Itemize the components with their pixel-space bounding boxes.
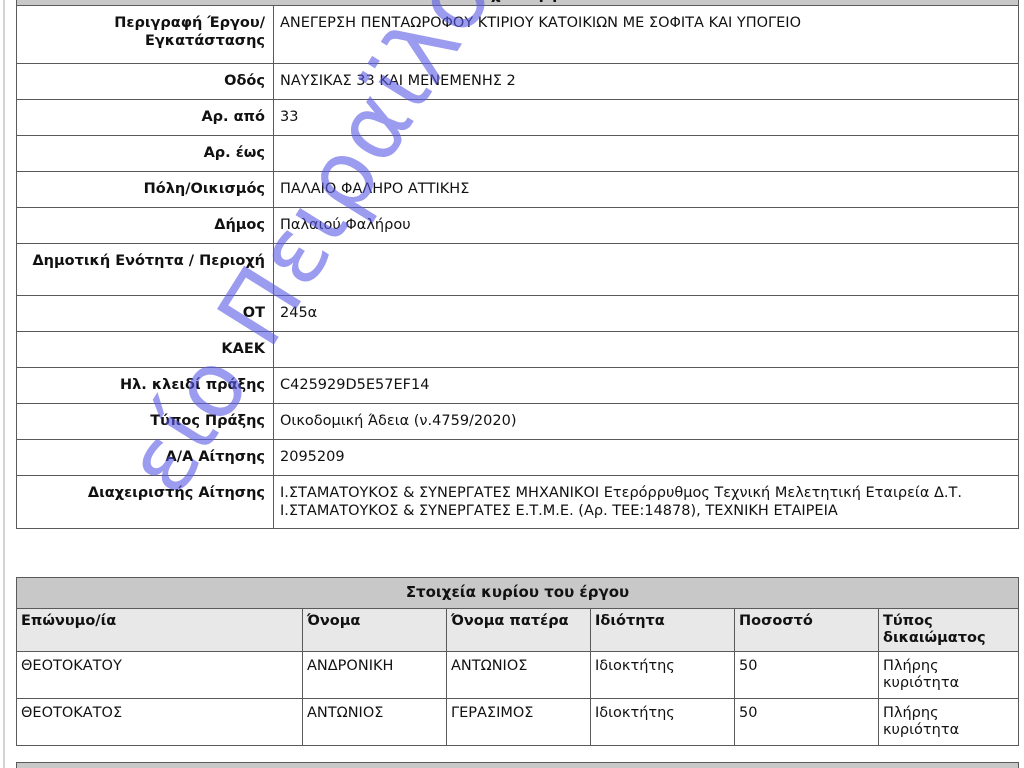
table-row: ΟΤ 245α (17, 296, 1019, 332)
field-value-city: ΠΑΛΑΙΟ ΦΑΛΗΡΟ ΑΤΤΙΚΗΣ (274, 172, 1019, 208)
table-row: Α/Α Αίτησης 2095209 (17, 440, 1019, 476)
field-value-block: 245α (274, 296, 1019, 332)
field-label-number-from: Αρ. από (17, 100, 274, 136)
field-label-block: ΟΤ (17, 296, 274, 332)
cell-capacity: Ιδιοκτήτης (591, 699, 735, 746)
cell-first-name: ΑΝΤΩΝΙΟΣ (303, 699, 447, 746)
cell-right-type: Πλήρης κυριότητα (879, 699, 1019, 746)
table-row: Αρ. έως (17, 136, 1019, 172)
field-value-description: ΑΝΕΓΕΡΣΗ ΠΕΝΤΑΩΡΟΦΟΥ ΚΤΙΡΙΟΥ ΚΑΤΟΙΚΙΩΝ Μ… (274, 6, 1019, 64)
column-header-father-name: Όνομα πατέρα (447, 609, 591, 652)
table-row: Τύπος Πράξης Οικοδομική Άδεια (ν.4759/20… (17, 404, 1019, 440)
table-row: Ηλ. κλειδί πράξης C425929D5E57EF14 (17, 368, 1019, 404)
field-value-municipality: Παλαιού Φαλήρου (274, 208, 1019, 244)
field-value-e-key: C425929D5E57EF14 (274, 368, 1019, 404)
field-value-number-from: 33 (274, 100, 1019, 136)
column-header-surname: Επώνυμο/ία (17, 609, 303, 652)
field-label-description: Περιγραφή Έργου/Εγκατάστασης (17, 6, 274, 64)
table-row: Διαχειριστής Αίτησης Ι.ΣΤΑΜΑΤΟΥΚΟΣ & ΣΥΝ… (17, 476, 1019, 529)
column-header-first-name: Όνομα (303, 609, 447, 652)
column-header-percentage: Ποσοστό (735, 609, 879, 652)
field-value-act-type: Οικοδομική Άδεια (ν.4759/2020) (274, 404, 1019, 440)
table-row: Δήμος Παλαιού Φαλήρου (17, 208, 1019, 244)
cell-surname: ΘΕΟΤΟΚΑΤΟΣ (17, 699, 303, 746)
cell-right-type: Πλήρης κυριότητα (879, 652, 1019, 699)
field-label-street: Οδός (17, 64, 274, 100)
next-section-header (16, 762, 1019, 768)
owners-section-title: Στοιχεία κυρίου του έργου (17, 578, 1019, 609)
field-value-kaek (274, 332, 1019, 368)
table-row: Πόλη/Οικισμός ΠΑΛΑΙΟ ΦΑΛΗΡΟ ΑΤΤΙΚΗΣ (17, 172, 1019, 208)
field-label-application-manager: Διαχειριστής Αίτησης (17, 476, 274, 529)
table-row: ΚΑΕΚ (17, 332, 1019, 368)
field-label-kaek: ΚΑΕΚ (17, 332, 274, 368)
column-header-capacity: Ιδιότητα (591, 609, 735, 652)
cell-percentage: 50 (735, 652, 879, 699)
table-row: ΘΕΟΤΟΚΑΤΟΣ ΑΝΤΩΝΙΟΣ ΓΕΡΑΣΙΜΟΣ Ιδιοκτήτης… (17, 699, 1019, 746)
table-row: ΘΕΟΤΟΚΑΤΟΥ ΑΝΔΡΟΝΙΚΗ ΑΝΤΩΝΙΟΣ Ιδιοκτήτης… (17, 652, 1019, 699)
table-row: Οδός ΝΑΥΣΙΚΑΣ 33 ΚΑΙ ΜΕΝΕΜΕΝΗΣ 2 (17, 64, 1019, 100)
project-details-table: Στοιχεία έργου Περιγραφή Έργου/Εγκατάστα… (16, 0, 1019, 529)
cell-father-name: ΑΝΤΩΝΙΟΣ (447, 652, 591, 699)
field-value-application-number: 2095209 (274, 440, 1019, 476)
table-row: Δημοτική Ενότητα / Περιοχή (17, 244, 1019, 296)
field-value-street: ΝΑΥΣΙΚΑΣ 33 ΚΑΙ ΜΕΝΕΜΕΝΗΣ 2 (274, 64, 1019, 100)
page-edge (3, 0, 5, 768)
cell-surname: ΘΕΟΤΟΚΑΤΟΥ (17, 652, 303, 699)
field-label-act-type: Τύπος Πράξης (17, 404, 274, 440)
field-value-application-manager: Ι.ΣΤΑΜΑΤΟΥΚΟΣ & ΣΥΝΕΡΓΑΤΕΣ ΜΗΧΑΝΙΚΟΙ Ετε… (274, 476, 1019, 529)
field-label-application-number: Α/Α Αίτησης (17, 440, 274, 476)
field-label-municipal-unit: Δημοτική Ενότητα / Περιοχή (17, 244, 274, 296)
cell-first-name: ΑΝΔΡΟΝΙΚΗ (303, 652, 447, 699)
section-header-row: Στοιχεία κυρίου του έργου (17, 578, 1019, 609)
field-label-number-to: Αρ. έως (17, 136, 274, 172)
cell-father-name: ΓΕΡΑΣΙΜΟΣ (447, 699, 591, 746)
column-header-right-type: Τύπος δικαιώματος (879, 609, 1019, 652)
field-label-municipality: Δήμος (17, 208, 274, 244)
column-header-row: Επώνυμο/ία Όνομα Όνομα πατέρα Ιδιότητα Π… (17, 609, 1019, 652)
field-value-municipal-unit (274, 244, 1019, 296)
project-owners-table: Στοιχεία κυρίου του έργου Επώνυμο/ία Όνο… (16, 577, 1019, 746)
field-value-number-to (274, 136, 1019, 172)
field-label-e-key: Ηλ. κλειδί πράξης (17, 368, 274, 404)
table-row: Αρ. από 33 (17, 100, 1019, 136)
cell-percentage: 50 (735, 699, 879, 746)
cell-capacity: Ιδιοκτήτης (591, 652, 735, 699)
field-label-city: Πόλη/Οικισμός (17, 172, 274, 208)
table-row: Περιγραφή Έργου/Εγκατάστασης ΑΝΕΓΕΡΣΗ ΠΕ… (17, 6, 1019, 64)
